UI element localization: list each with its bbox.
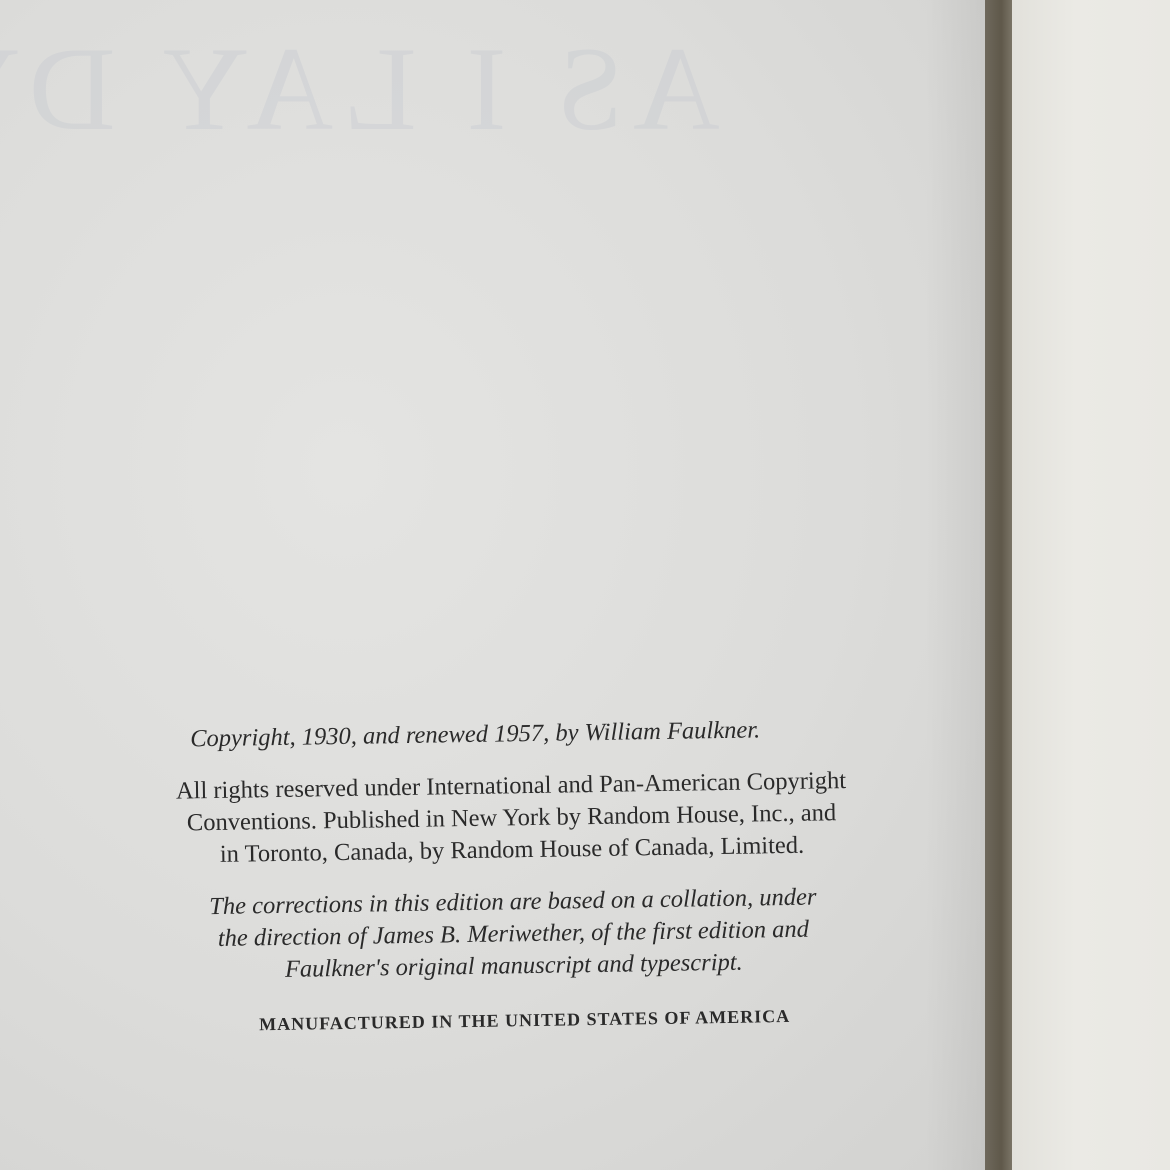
copyright-imprint: Copyright, 1930, and renewed 1957, by Wi…	[85, 712, 940, 1038]
corrections-block: The corrections in this edition are base…	[88, 880, 939, 989]
book-photo: AS I LAY DYING Copyright, 1930, and rene…	[0, 0, 1170, 1170]
left-page: AS I LAY DYING Copyright, 1930, and rene…	[0, 0, 985, 1170]
show-through-title: AS I LAY DYING	[80, 20, 720, 158]
manufactured-line: MANUFACTURED IN THE UNITED STATES OF AME…	[110, 1004, 940, 1038]
rights-block: All rights reserved under International …	[86, 764, 937, 873]
book-gutter	[985, 0, 1012, 1170]
copyright-line: Copyright, 1930, and renewed 1957, by Wi…	[15, 712, 935, 758]
right-page	[1012, 0, 1170, 1170]
